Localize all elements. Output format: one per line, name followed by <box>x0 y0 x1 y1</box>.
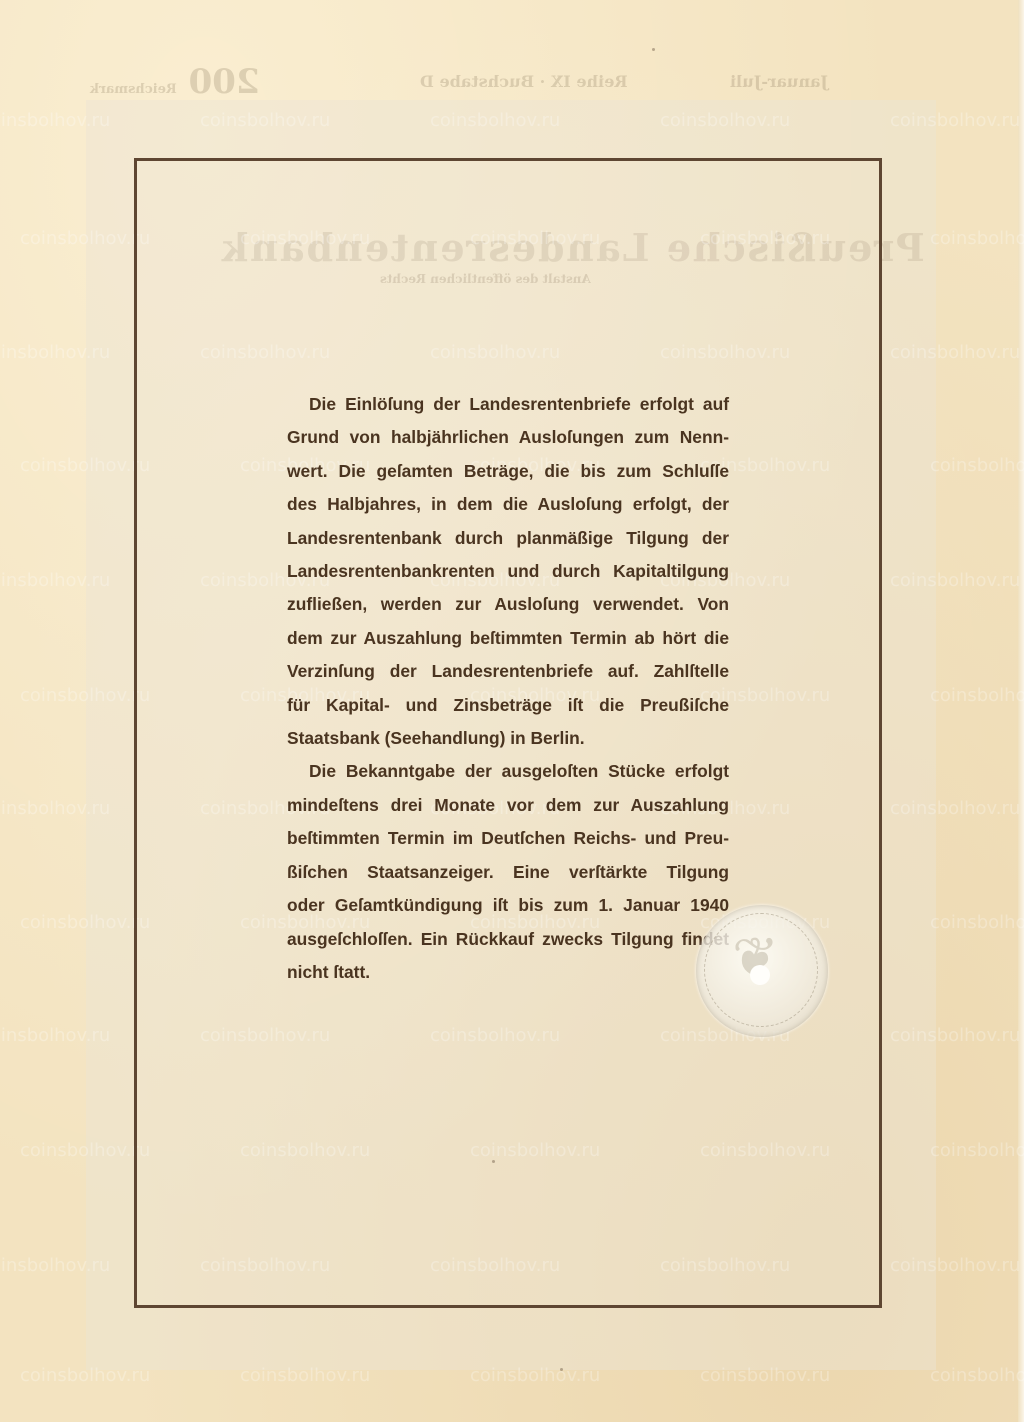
paper-speck <box>492 1160 495 1163</box>
text-line: beſtimmten Termin im Deutſchen Reichs- u… <box>287 822 729 855</box>
text-line: ausgeſchloſſen. Ein Rückkauf zwecks Tilg… <box>287 923 729 956</box>
show-through-amount-value: 200 <box>189 62 260 102</box>
text-line: ßiſchen Staatsanzeiger. Eine verſtärkte … <box>287 856 729 889</box>
watermark-text: coinsbolhov.ru <box>0 1255 110 1276</box>
watermark-text: coinsbolhov.ru <box>20 1140 150 1161</box>
watermark-text: coinsbolhov.ru <box>200 110 330 131</box>
text-line: zufließen, werden zur Ausloſung verwende… <box>287 588 729 621</box>
watermark-text: coinsbolhov.ru <box>20 912 150 933</box>
embossed-seal: ❦ <box>696 905 828 1037</box>
punch-hole <box>750 965 770 985</box>
text-line: Staatsbank (Seehandlung) in Berlin. <box>287 722 729 755</box>
watermark-text: coinsbolhov.ru <box>0 1025 110 1046</box>
watermark-text: coinsbolhov.ru <box>240 1365 370 1386</box>
watermark-text: coinsbolhov.ru <box>930 685 1024 706</box>
watermark-text: coinsbolhov.ru <box>20 455 150 476</box>
text-line: Die Einlöſung der Landesrentenbriefe erf… <box>287 388 729 421</box>
watermark-text: coinsbolhov.ru <box>20 685 150 706</box>
show-through-dates: Januar-Juli <box>730 72 828 91</box>
text-line: des Halbjahres, in dem die Ausloſung erf… <box>287 488 729 521</box>
text-line: dem zur Auszahlung beſtimmten Termin ab … <box>287 622 729 655</box>
text-line: Verzinſung der Landesrentenbriefe auf. Z… <box>287 655 729 688</box>
watermark-text: coinsbolhov.ru <box>0 342 110 363</box>
text-line: Landesrentenbank durch planmäßige Tilgun… <box>287 522 729 555</box>
watermark-text: coinsbolhov.ru <box>930 912 1024 933</box>
watermark-text: coinsbolhov.ru <box>890 110 1020 131</box>
text-line: für Kapital- und Zinsbeträge iſt die Pre… <box>287 689 729 722</box>
text-line: Landesrentenbankrenten und durch Kapital… <box>287 555 729 588</box>
paper-edge <box>1018 0 1024 1422</box>
paper-speck <box>652 48 655 51</box>
watermark-text: coinsbolhov.ru <box>470 1365 600 1386</box>
text-line: Grund von halbjährlichen Ausloſungen zum… <box>287 421 729 454</box>
text-line: mindeſtens drei Monate vor dem zur Ausza… <box>287 789 729 822</box>
watermark-text: coinsbolhov.ru <box>0 570 110 591</box>
text-line: Die Bekanntgabe der ausgeloſten Stücke e… <box>287 755 729 788</box>
watermark-text: coinsbolhov.ru <box>700 1365 830 1386</box>
watermark-text: coinsbolhov.ru <box>430 110 560 131</box>
watermark-text: coinsbolhov.ru <box>20 228 150 249</box>
show-through-amount: 200 Reichsmark <box>90 62 260 102</box>
show-through-amount-unit: Reichsmark <box>90 82 177 97</box>
watermark-text: coinsbolhov.ru <box>930 455 1024 476</box>
watermark-text: coinsbolhov.ru <box>930 228 1024 249</box>
watermark-text: coinsbolhov.ru <box>20 1365 150 1386</box>
watermark-text: coinsbolhov.ru <box>930 1140 1024 1161</box>
watermark-text: coinsbolhov.ru <box>890 342 1020 363</box>
paragraph-redemption: Die Einlöſung der Landesrentenbriefe erf… <box>287 388 729 755</box>
text-line: nicht ſtatt. <box>287 956 729 989</box>
watermark-text: coinsbolhov.ru <box>890 1255 1020 1276</box>
show-through-series: Reihe IX · Buchstabe D <box>420 72 628 91</box>
watermark-text: coinsbolhov.ru <box>660 110 790 131</box>
watermark-text: coinsbolhov.ru <box>890 1025 1020 1046</box>
paper-speck <box>560 1368 563 1371</box>
text-line: oder Geſamtkündigung iſt bis zum 1. Janu… <box>287 889 729 922</box>
watermark-text: coinsbolhov.ru <box>930 1365 1024 1386</box>
terms-text: Die Einlöſung der Landesrentenbriefe erf… <box>287 388 729 989</box>
watermark-text: coinsbolhov.ru <box>0 798 110 819</box>
watermark-text: coinsbolhov.ru <box>890 570 1020 591</box>
text-line: wert. Die geſamten Beträge, die bis zum … <box>287 455 729 488</box>
watermark-text: coinsbolhov.ru <box>890 798 1020 819</box>
watermark-text: coinsbolhov.ru <box>0 110 110 131</box>
paragraph-announcement: Die Bekanntgabe der ausgeloſten Stücke e… <box>287 755 729 989</box>
